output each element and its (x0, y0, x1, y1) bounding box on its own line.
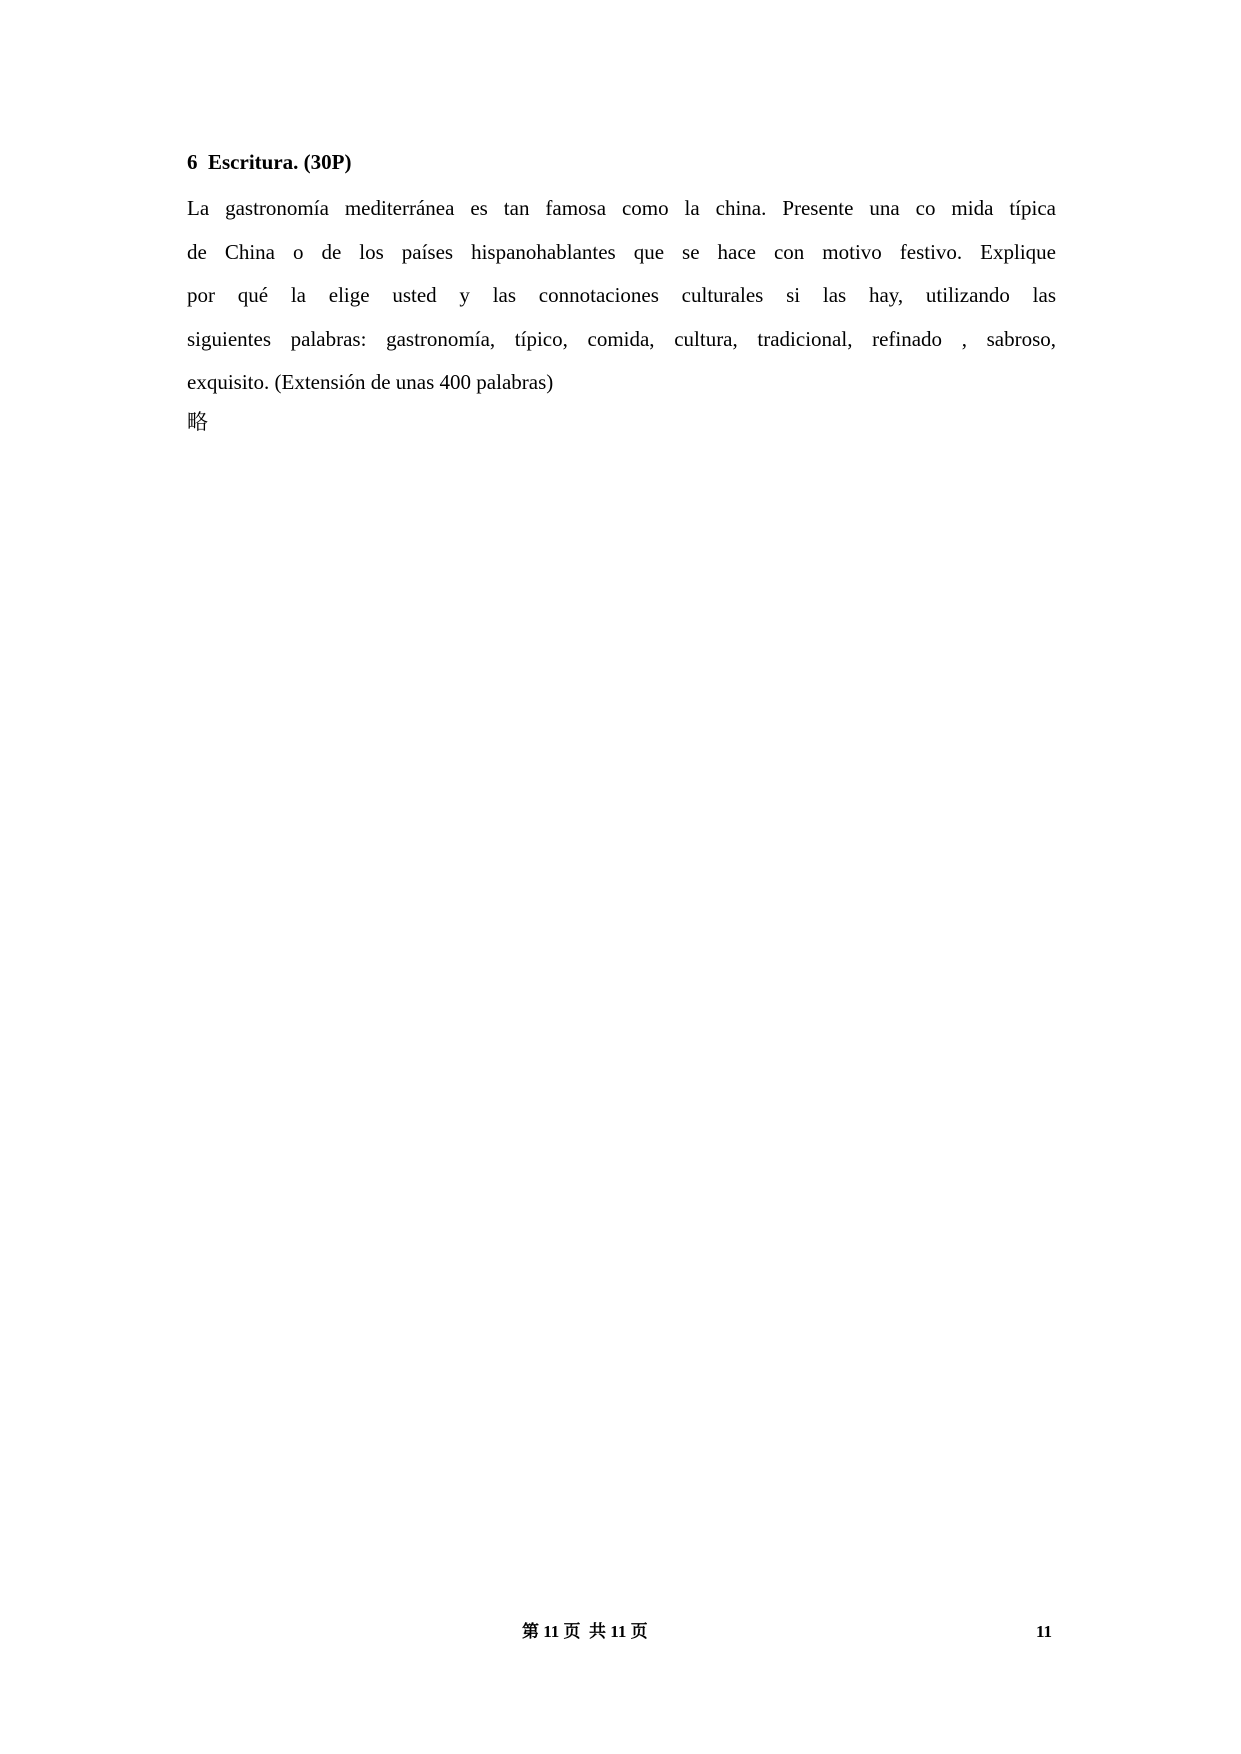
prompt-line: exquisito. (Extensión de unas 400 palabr… (187, 361, 1056, 405)
prompt-line: por qué la elige usted y las connotacion… (187, 274, 1056, 318)
page-number: 11 (1036, 1620, 1052, 1644)
page-footer-label: 第 11 页 共 11 页 (522, 1620, 648, 1644)
answer-text: 略 (187, 407, 208, 437)
prompt-line: La gastronomía mediterránea es tan famos… (187, 187, 1056, 231)
prompt-line: de China o de los países hispanohablante… (187, 231, 1056, 275)
prompt-line: siguientes palabras: gastronomía, típico… (187, 318, 1056, 362)
section-heading: 6 Escritura. (30P) (187, 147, 351, 177)
writing-prompt: La gastronomía mediterránea es tan famos… (187, 187, 1056, 405)
